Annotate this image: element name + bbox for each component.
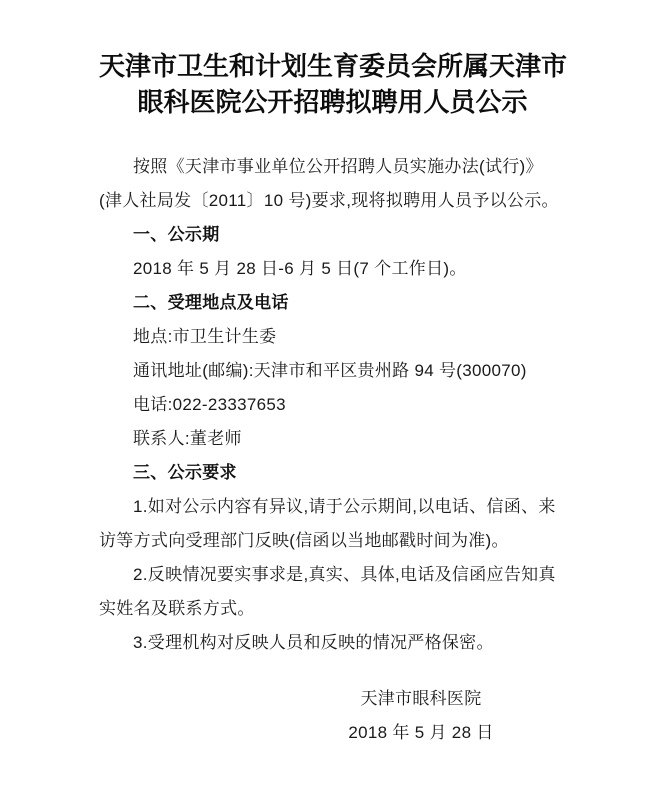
phone-line: 电话:022-23337653 [99, 388, 566, 422]
signature-date: 2018 年 5 月 28 日 [311, 716, 531, 750]
document-title-line-1: 天津市卫生和计划生育委员会所属天津市 [99, 48, 566, 84]
signature-organization: 天津市眼科医院 [311, 682, 531, 716]
requirement-item-1: 1.如对公示内容有异议,请于公示期间,以电话、信函、来访等方式向受理部门反映(信… [99, 490, 566, 558]
section1-heading: 一、公示期 [99, 218, 566, 252]
requirement-item-2: 2.反映情况要实事求是,真实、具体,电话及信函应告知真实姓名及联系方式。 [99, 558, 566, 626]
intro-paragraph: 按照《天津市事业单位公开招聘人员实施办法(试行)》(津人社局发〔2011〕10 … [99, 150, 566, 218]
requirement-item-3: 3.受理机构对反映人员和反映的情况严格保密。 [99, 626, 566, 660]
section3-heading: 三、公示要求 [99, 456, 566, 490]
postal-address-line: 通讯地址(邮编):天津市和平区贵州路 94 号(300070) [99, 354, 566, 388]
publicity-period-line: 2018 年 5 月 28 日-6 月 5 日(7 个工作日)。 [99, 252, 566, 286]
notice-document: 天津市卫生和计划生育委员会所属天津市 眼科医院公开招聘拟聘用人员公示 按照《天津… [0, 0, 660, 805]
contact-person-line: 联系人:董老师 [99, 422, 566, 456]
document-title: 天津市卫生和计划生育委员会所属天津市 眼科医院公开招聘拟聘用人员公示 [99, 48, 566, 120]
section2-heading: 二、受理地点及电话 [99, 286, 566, 320]
document-title-line-2: 眼科医院公开招聘拟聘用人员公示 [99, 84, 566, 120]
location-line: 地点:市卫生计生委 [99, 320, 566, 354]
signature-block: 天津市眼科医院 2018 年 5 月 28 日 [311, 682, 531, 750]
